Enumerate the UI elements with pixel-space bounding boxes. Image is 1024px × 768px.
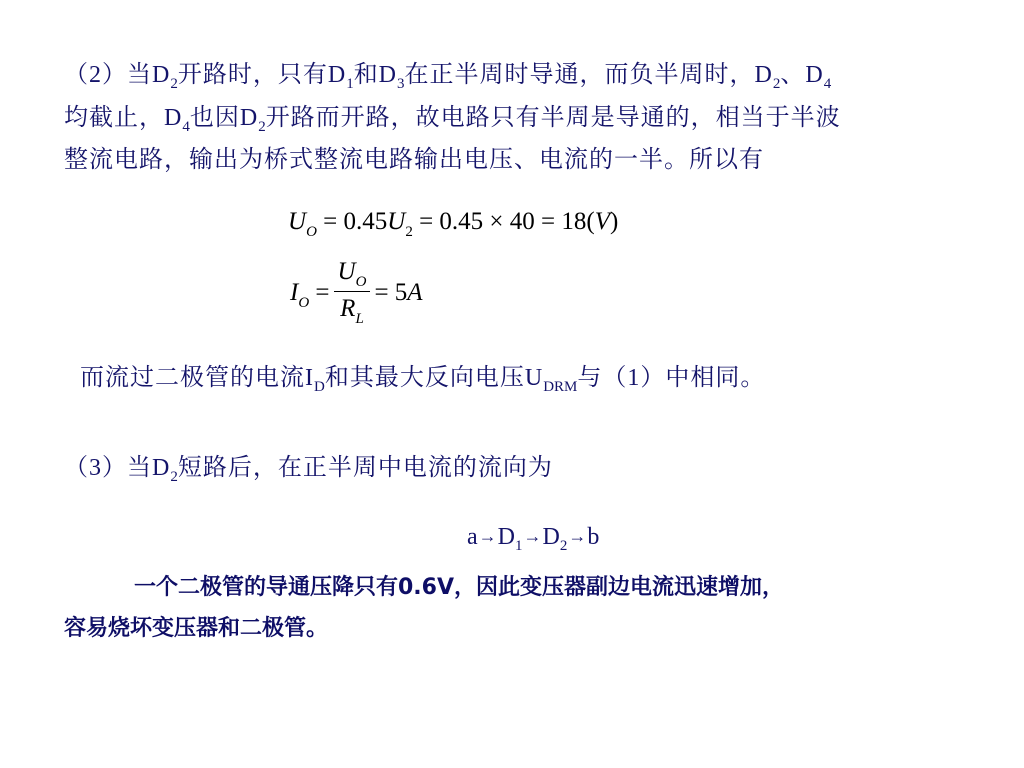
text: 开路而开路，故电路只有半周是导通的，相当于半波 bbox=[266, 105, 841, 131]
text: 也因D bbox=[190, 105, 258, 131]
text: 在正半周时导通，而负半周时，D bbox=[405, 62, 773, 88]
section-2-line-2: 均截止，D4也因D2开路而开路，故电路只有半周是导通的，相当于半波 bbox=[64, 98, 841, 138]
subscript: 4 bbox=[182, 119, 190, 135]
symbol-u: U bbox=[387, 208, 405, 235]
subscript: 1 bbox=[515, 538, 523, 554]
equation-output-current: IO = UO RL = 5A bbox=[290, 258, 423, 327]
text: = 0.45 × 40 = 18( bbox=[413, 208, 595, 235]
subscript: DRM bbox=[543, 379, 577, 395]
equation-output-voltage: UO = 0.45U2 = 0.45 × 40 = 18(V) bbox=[288, 208, 618, 236]
diode-d1: D bbox=[498, 524, 515, 550]
conclusion-line-1: 一个二极管的导通压降只有0.6V，因此变压器副边电流迅速增加， bbox=[134, 565, 784, 611]
text: 而流过二极管的电流I bbox=[80, 365, 314, 391]
text: 整流电路，输出为桥式整流电路输出电压、电流的一半。所以有 bbox=[64, 147, 764, 173]
subscript: 2 bbox=[170, 76, 178, 92]
node-a: a bbox=[467, 524, 478, 550]
conclusion-line-2: 容易烧坏变压器和二极管。 bbox=[64, 606, 328, 652]
text: （3）当D bbox=[64, 455, 170, 481]
subscript: 2 bbox=[405, 224, 413, 240]
subscript: O bbox=[306, 224, 317, 240]
text: 一个二极管的导通压降只有0.6V，因此变压器副边电流迅速增加， bbox=[134, 575, 784, 600]
current-flow-path: a→D1→D2→b bbox=[467, 517, 599, 558]
text: 开路时，只有D bbox=[178, 62, 346, 88]
text: = bbox=[309, 279, 329, 306]
text: （2）当D bbox=[64, 62, 170, 88]
symbol-r: R bbox=[340, 295, 355, 322]
subscript: 4 bbox=[824, 76, 832, 92]
numerator: UO bbox=[334, 258, 371, 292]
section-2-line-1: （2）当D2开路时，只有D1和D3在正半周时导通，而负半周时，D2、D4 bbox=[64, 55, 831, 95]
text: 和D bbox=[354, 62, 397, 88]
text: ) bbox=[610, 208, 618, 235]
text: = 0.45 bbox=[317, 208, 387, 235]
fraction: UO RL bbox=[334, 258, 371, 327]
subscript: 2 bbox=[170, 469, 178, 485]
subscript: 1 bbox=[346, 76, 354, 92]
subscript: 2 bbox=[560, 538, 568, 554]
text: 、D bbox=[780, 62, 823, 88]
section-3-heading: （3）当D2短路后，在正半周中电流的流向为 bbox=[64, 448, 553, 488]
denominator: RL bbox=[334, 292, 371, 327]
arrow-right-icon: → bbox=[568, 526, 586, 546]
subscript: 3 bbox=[397, 76, 405, 92]
subscript: O bbox=[356, 274, 367, 290]
text: 短路后，在正半周中电流的流向为 bbox=[178, 455, 553, 481]
symbol-u: U bbox=[288, 208, 306, 235]
text: 均截止，D bbox=[64, 105, 182, 131]
unit: V bbox=[595, 208, 610, 235]
text: 容易烧坏变压器和二极管。 bbox=[64, 616, 328, 641]
arrow-right-icon: → bbox=[524, 526, 542, 546]
subscript: L bbox=[355, 311, 363, 327]
subscript: 2 bbox=[258, 119, 266, 135]
text: 和其最大反向电压U bbox=[325, 365, 543, 391]
subscript: D bbox=[314, 379, 325, 395]
unit: A bbox=[407, 279, 422, 306]
text: 与（1）中相同。 bbox=[577, 365, 765, 391]
note-diode-current-voltage: 而流过二极管的电流ID和其最大反向电压UDRM与（1）中相同。 bbox=[80, 358, 765, 398]
arrow-right-icon: → bbox=[479, 526, 497, 546]
node-b: b bbox=[587, 524, 599, 550]
text: = 5 bbox=[374, 279, 407, 306]
diode-d2: D bbox=[543, 524, 560, 550]
section-2-line-3: 整流电路，输出为桥式整流电路输出电压、电流的一半。所以有 bbox=[64, 140, 764, 180]
subscript: O bbox=[298, 295, 309, 311]
symbol-u: U bbox=[338, 258, 356, 285]
